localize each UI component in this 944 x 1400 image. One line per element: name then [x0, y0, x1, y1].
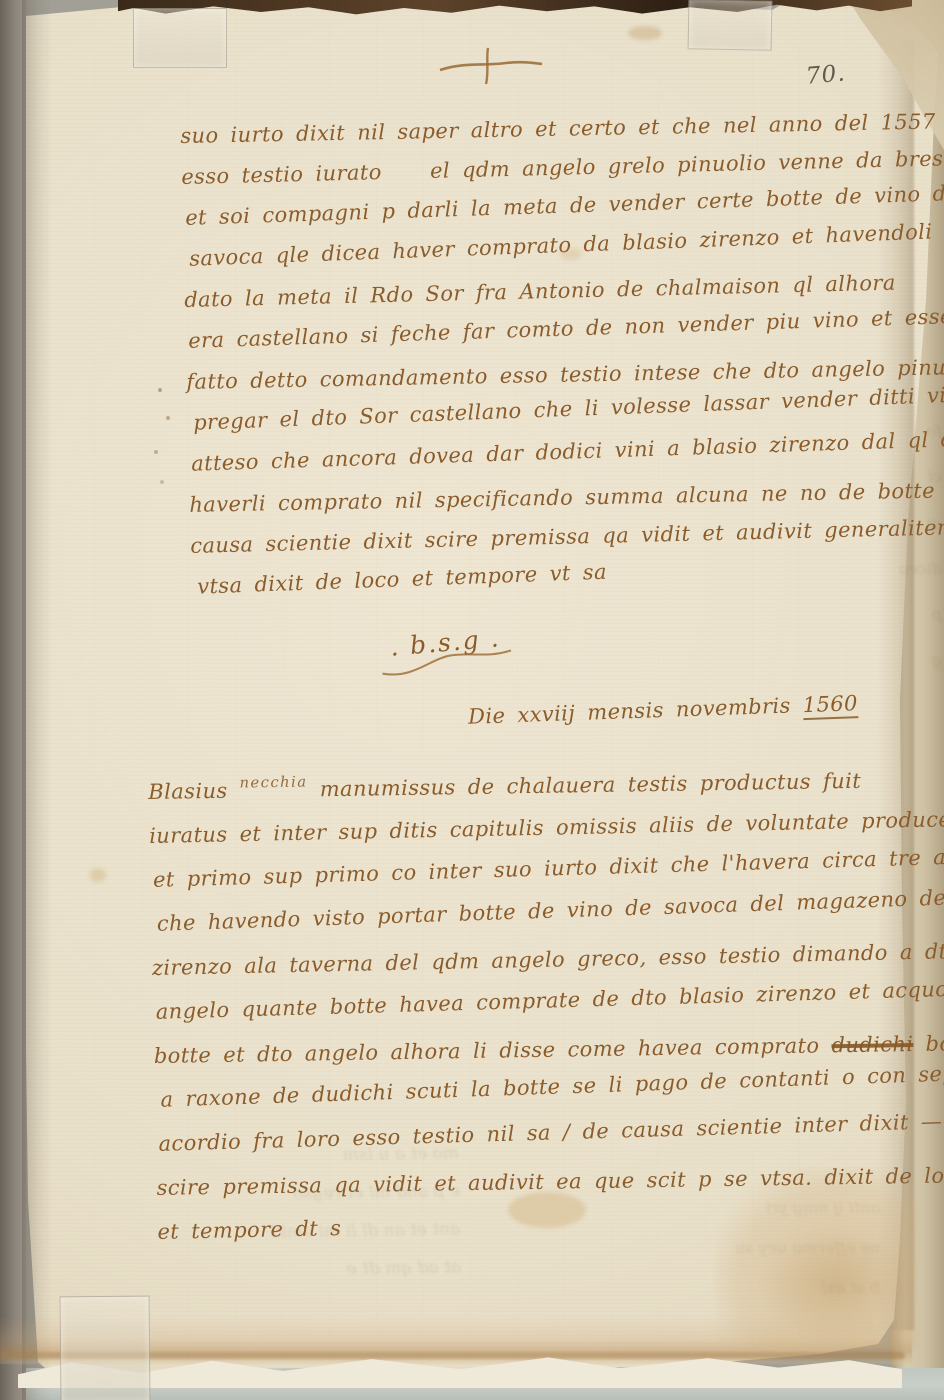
margin-ink-specks	[158, 388, 162, 392]
line-text: Blasius	[148, 779, 240, 804]
ghost-line: at ad qm dt e	[31, 1248, 462, 1293]
interlinear-insertion: necchia	[239, 774, 307, 792]
archival-tape	[688, 0, 773, 51]
date-year: 1560	[802, 691, 858, 720]
archival-tape	[60, 1296, 151, 1400]
paper-stain	[628, 26, 662, 40]
paper-stain	[90, 868, 106, 882]
invocation-cross-icon	[436, 42, 546, 88]
ghost-line: ci	[842, 454, 942, 500]
ghost-line: dicea	[842, 546, 942, 592]
verso-show-through: mo et a u lsme p and ml et regsoant et a…	[29, 1134, 462, 1293]
ghost-line: qi	[842, 500, 942, 546]
archival-tape	[133, 8, 227, 68]
folio-number: 70.	[805, 60, 847, 89]
ghost-line: g	[842, 638, 942, 684]
struck-word: dudichi	[831, 1032, 913, 1057]
verso-show-through: fo-ciqidiceapg	[842, 408, 942, 684]
ghost-line: b st axl	[540, 1268, 880, 1308]
ghost-line: fo-	[842, 408, 942, 454]
ghost-line: anti ij mng yri	[540, 1188, 880, 1228]
ghost-line: ne effermo uey su	[540, 1228, 880, 1268]
paragraph-1: suo iurto dixit nil saper altro et certo…	[180, 107, 908, 616]
manuscript-scan: 70. suo iurto dixit nil saper altro et c…	[0, 0, 944, 1400]
ghost-line: p	[842, 592, 942, 638]
line-text: botte nove	[913, 1030, 944, 1056]
verso-show-through: anti ij mng yrine effermo uey sub st axl	[540, 1188, 880, 1308]
